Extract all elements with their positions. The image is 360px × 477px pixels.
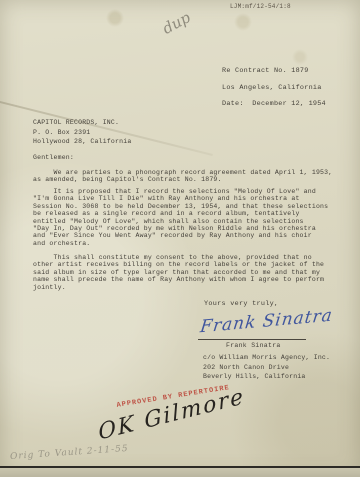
date-line: Date: December 12, 1954 — [222, 100, 326, 108]
city-line: Los Angeles, California — [222, 84, 322, 92]
salutation: Gentlemen: — [33, 154, 74, 161]
pencil-dup-annotation: dup — [159, 8, 193, 37]
scan-edge-background — [0, 468, 360, 477]
signature-rule — [198, 339, 306, 340]
typed-signature-name: Frank Sinatra — [226, 342, 281, 349]
re-contract-line: Re Contract No. 1879 — [222, 67, 309, 75]
letter-page: LJM:mf/12-54/1:8 dup Re Contract No. 187… — [0, 0, 360, 477]
paragraph-3: This shall constitute my consent to the … — [33, 254, 324, 291]
sender-address: c/o William Morris Agency, Inc. 202 Nort… — [203, 353, 330, 382]
pencil-vault-note: Orig To Vault 2-11-55 — [10, 444, 129, 462]
typed-reference-code: LJM:mf/12-54/1:8 — [230, 3, 291, 10]
paragraph-1: We are parties to a phonograph record ag… — [33, 169, 332, 184]
gilmore-approval-signature: OK Gilmore — [97, 379, 265, 445]
frank-sinatra-ink-signature: Frank Sinatra — [199, 307, 321, 338]
recipient-address: CAPITOL RECORDS, INC. P. O. Box 2391 Hol… — [33, 118, 131, 147]
paragraph-2: It is proposed that I record the selecti… — [33, 188, 328, 247]
closing-line: Yours very truly, — [204, 300, 278, 308]
